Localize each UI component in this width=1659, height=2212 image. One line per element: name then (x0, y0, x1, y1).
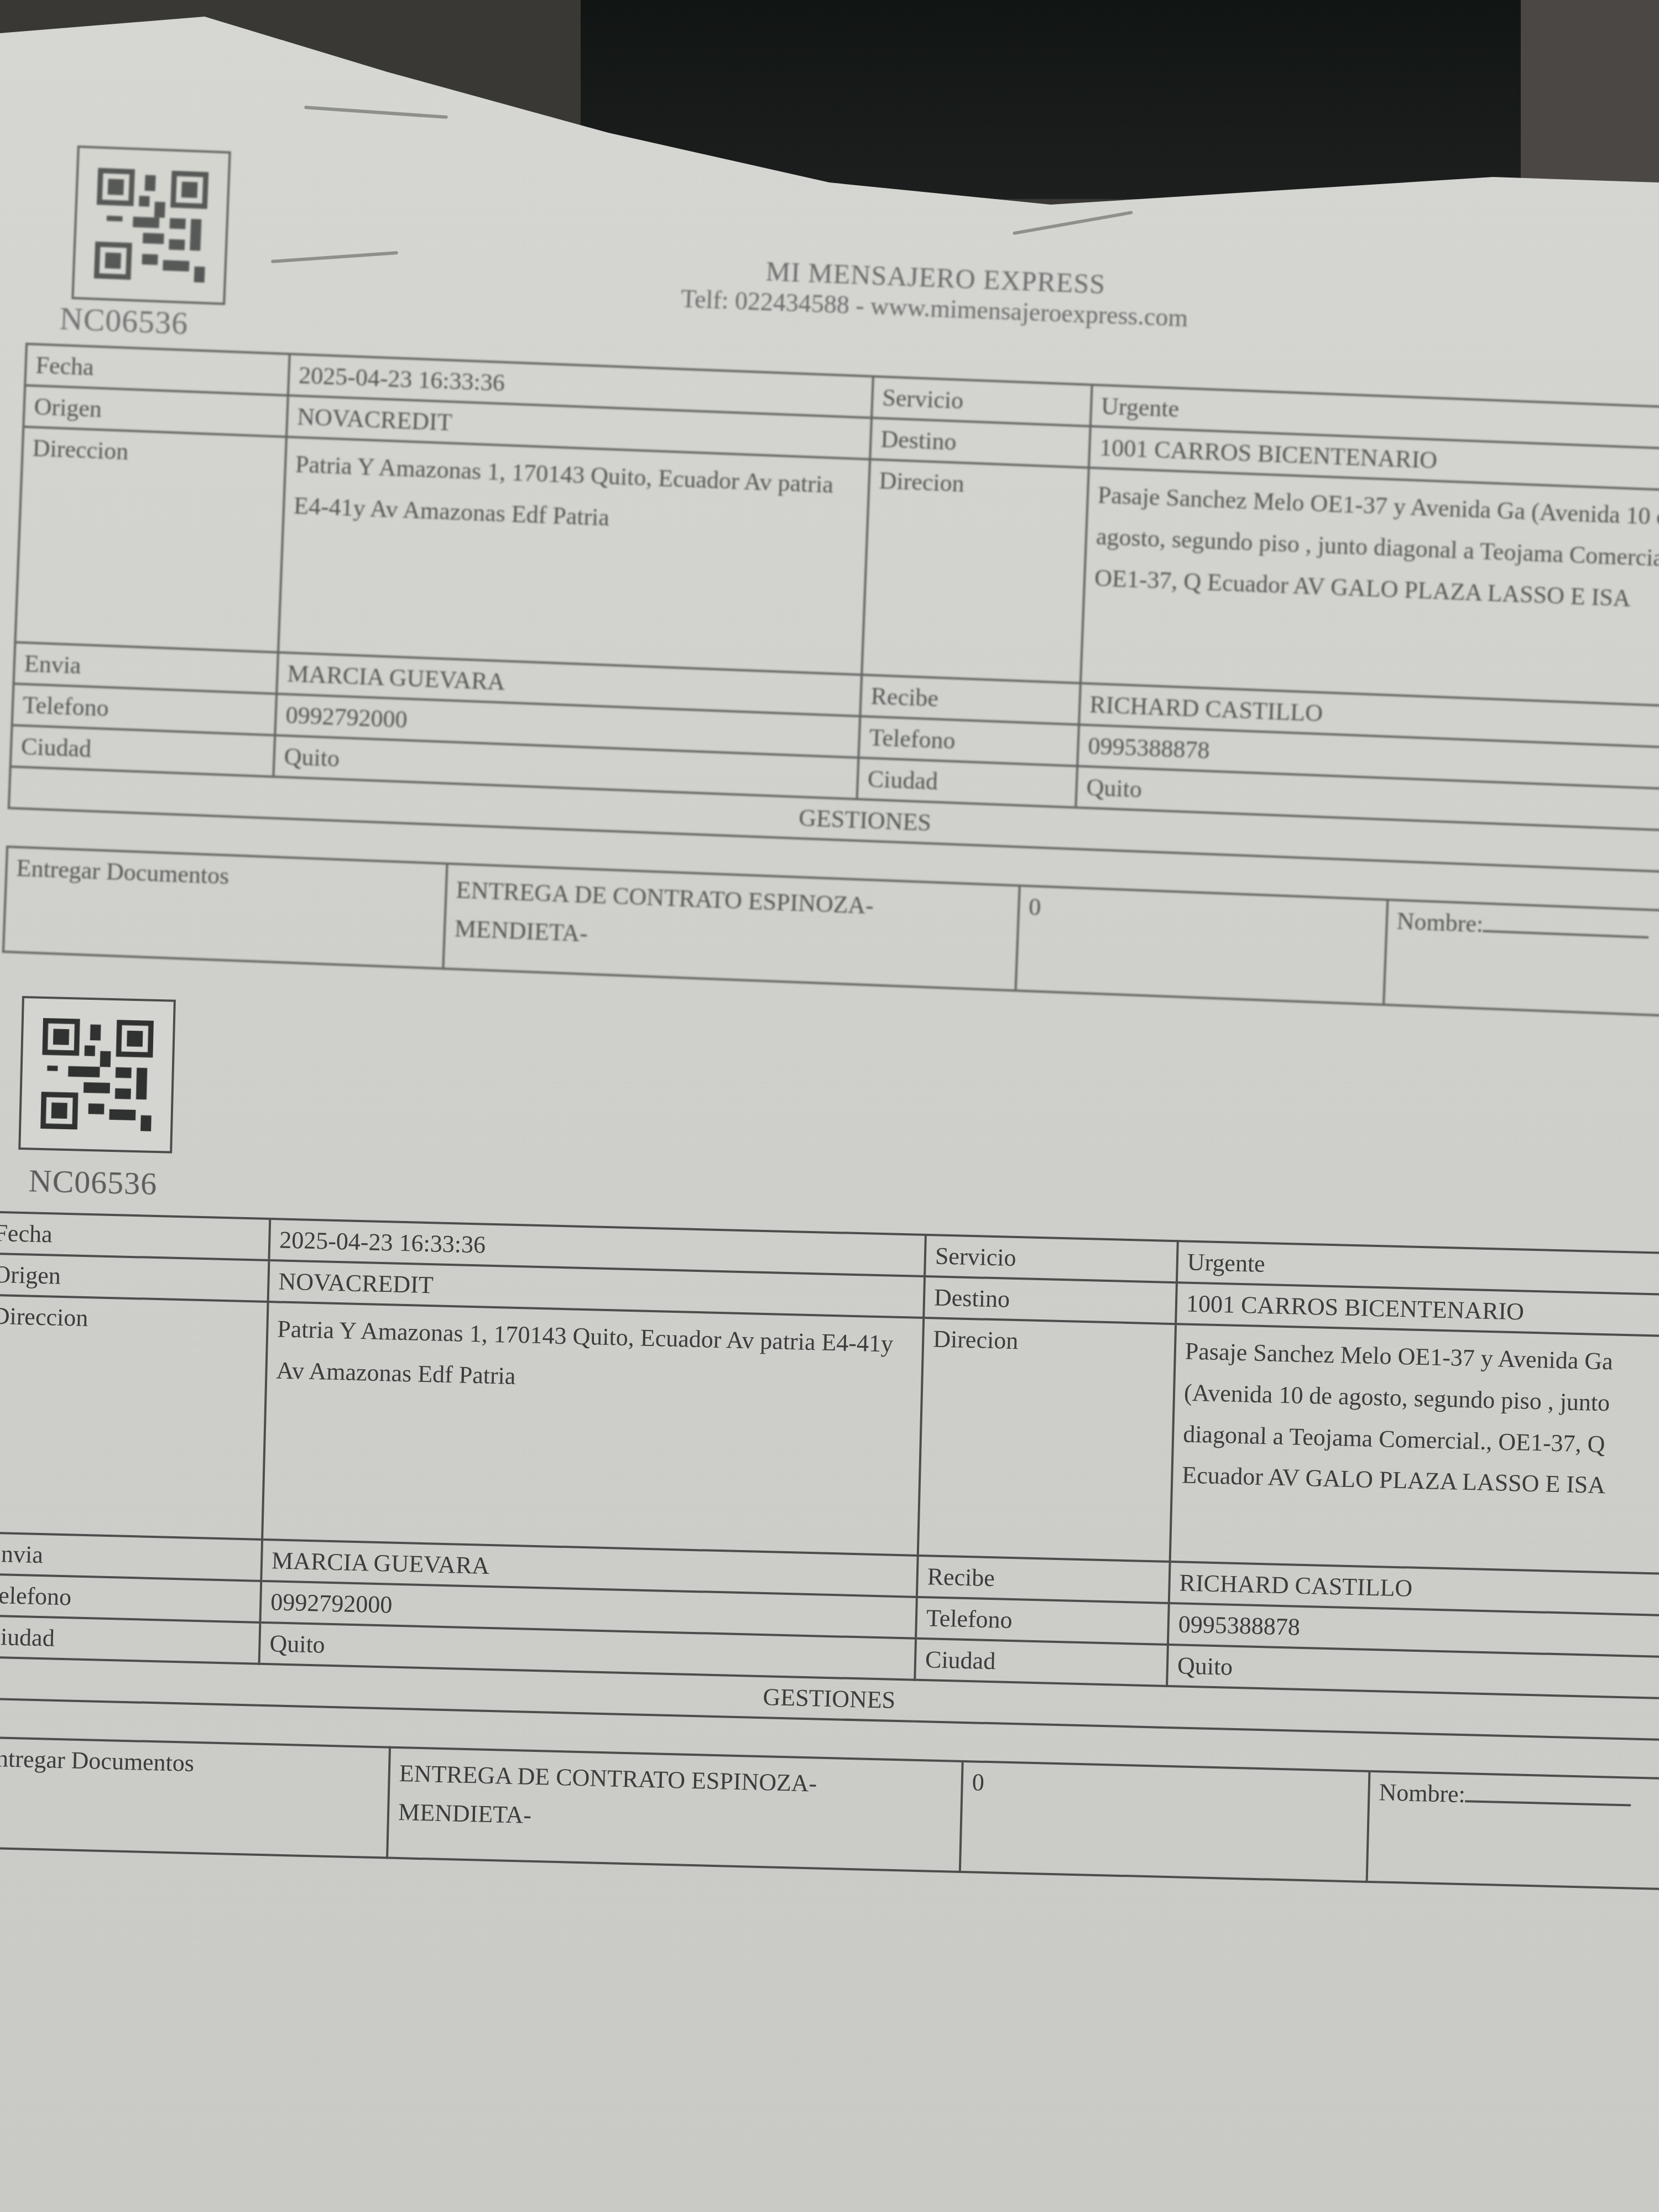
label-nombre: Nombre: (1396, 907, 1484, 938)
gestiones-table: Entregar Documentos ENTREGA DE CONTRATO … (0, 1736, 1659, 1891)
qr-code-icon (94, 168, 209, 283)
gestiones-table: Entregar Documentos ENTREGA DE CONTRATO … (2, 846, 1659, 1019)
label-telefono-recibe: Telefono (916, 1597, 1169, 1645)
label-direccion-destino: Direcion (918, 1318, 1176, 1562)
pen-mark (1013, 211, 1133, 235)
gestion-descripcion: ENTREGA DE CONTRATO ESPINOZA- MENDIETA- (443, 864, 1020, 991)
value-direccion-origen: Patria Y Amazonas 1, 170143 Quito, Ecuad… (278, 437, 870, 675)
signature-field: Nombre: (1384, 900, 1659, 1018)
tracking-number: NC06536 (59, 300, 189, 342)
label-envia: Envia (0, 1532, 262, 1581)
label-fecha: Fecha (0, 1212, 270, 1260)
value-direccion-origen: Patria Y Amazonas 1, 170143 Quito, Ecuad… (262, 1302, 924, 1556)
gestion-descripcion: ENTREGA DE CONTRATO ESPINOZA- MENDIETA- (387, 1747, 963, 1872)
signature-line (1465, 1800, 1631, 1806)
label-destino: Destino (924, 1276, 1177, 1324)
label-direccion-destino: Direcion (862, 460, 1089, 684)
label-ciudad-recibe: Ciudad (915, 1639, 1168, 1686)
shipment-table: Fecha 2025-04-23 16:33:36 Servicio Urgen… (0, 1211, 1659, 1741)
label-direccion-origen: Direccion (0, 1295, 268, 1539)
company-header: MI MENSAJERO EXPRESS Telf: 022434588 - w… (602, 249, 1267, 336)
label-servicio: Servicio (925, 1235, 1178, 1282)
shipment-table: Fecha 2025-04-23 16:33:36 Servicio Urgen… (8, 343, 1659, 875)
label-nombre: Nombre: (1379, 1778, 1466, 1808)
qr-code-icon (40, 1018, 154, 1131)
value-direccion-destino: Pasaje Sanchez Melo OE1-37 y Avenida Ga … (1170, 1324, 1659, 1574)
tracking-number: NC06536 (28, 1162, 158, 1202)
pen-mark (271, 251, 398, 263)
printed-sheet: NC06536 MI MENSAJERO EXPRESS Telf: 02243… (0, 0, 1659, 2212)
qr-code-frame (18, 996, 176, 1154)
signature-field: Nombre: (1367, 1771, 1659, 1890)
label-telefono-envia: Telefono (0, 1574, 261, 1623)
value-direccion-destino: Pasaje Sanchez Melo OE1-37 y Avenida Ga … (1081, 468, 1659, 708)
label-recibe: Recibe (917, 1556, 1170, 1603)
gestion-cantidad: 0 (960, 1761, 1370, 1882)
signature-line (1483, 930, 1649, 939)
pen-mark (304, 106, 448, 119)
gestion-cantidad: 0 (1016, 885, 1388, 1004)
label-ciudad-envia: Ciudad (0, 1615, 260, 1664)
gestion-tipo: Entregar Documentos (3, 847, 447, 968)
qr-code-frame (71, 145, 231, 305)
label-direccion-origen: Direccion (15, 427, 286, 653)
gestion-tipo: Entregar Documentos (0, 1737, 390, 1858)
label-origen: Origen (0, 1253, 269, 1302)
